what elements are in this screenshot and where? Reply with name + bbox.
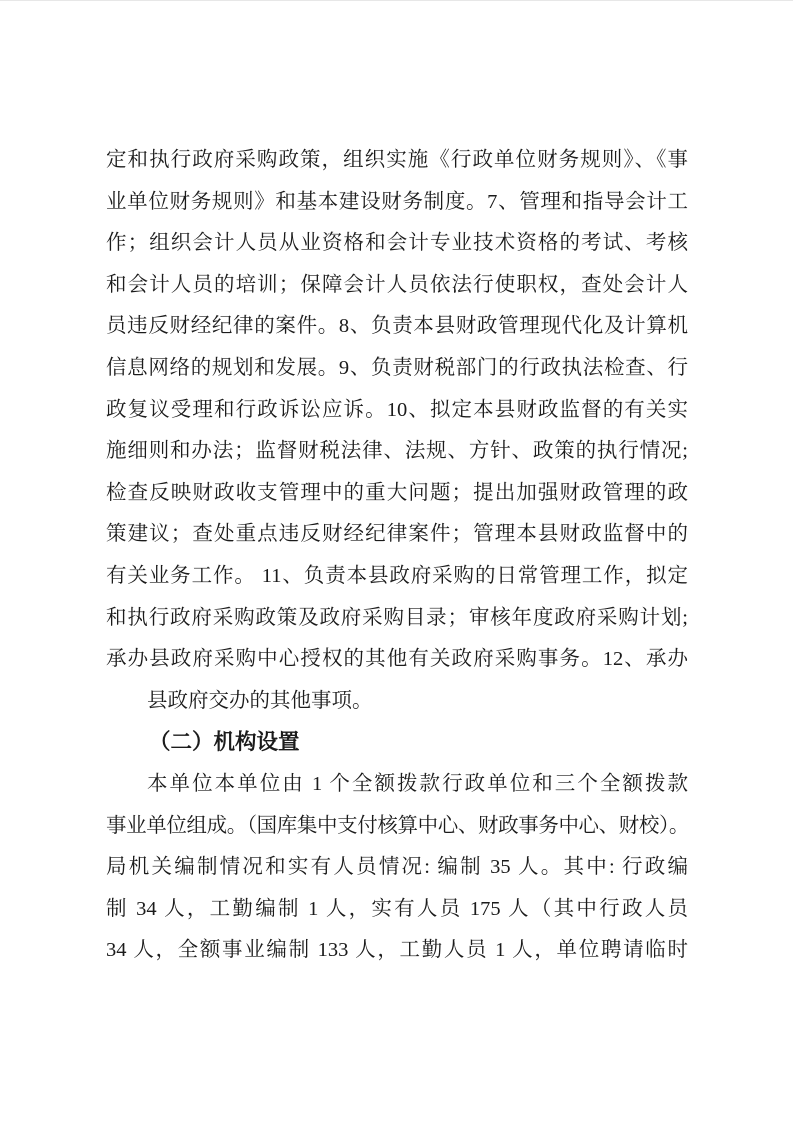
document-line: 和会计人员的培训；保障会计人员依法行使职权，查处会计人 bbox=[106, 265, 688, 307]
document-line: 承办县政府采购中心授权的其他有关政府采购事务。12、承办 bbox=[106, 639, 688, 681]
document-line: 34 人，全额事业编制 133 人，工勤人员 1 人，单位聘请临时 bbox=[106, 930, 688, 972]
document-line: 和执行政府采购政策及政府采购目录；审核年度政府采购计划; bbox=[106, 598, 688, 640]
document-line: 信息网络的规划和发展。9、负责财税部门的行政执法检查、行 bbox=[106, 348, 688, 390]
document-line: 作；组织会计人员从业资格和会计专业技术资格的考试、考核 bbox=[106, 223, 688, 265]
document-line: 县政府交办的其他事项。 bbox=[106, 681, 688, 723]
document-line: 制 34 人，工勤编制 1 人，实有人员 175 人（其中行政人员 bbox=[106, 889, 688, 931]
document-line: 定和执行政府采购政策，组织实施《行政单位财务规则》、《事 bbox=[106, 140, 688, 182]
document-line: 有关业务工作。 11、负责本县政府采购的日常管理工作，拟定 bbox=[106, 556, 688, 598]
document-line: 员违反财经纪律的案件。8、负责本县财政管理现代化及计算机 bbox=[106, 306, 688, 348]
document-line: 施细则和办法；监督财税法律、法规、方针、政策的执行情况; bbox=[106, 431, 688, 473]
document-line: 事业单位组成。（国库集中支付核算中心、财政事务中心、财校）。 bbox=[106, 806, 688, 848]
section-heading: （二）机构设置 bbox=[106, 722, 688, 764]
document-line: 局机关编制情况和实有人员情况: 编制 35 人。其中: 行政编 bbox=[106, 847, 688, 889]
document-line: 业单位财务规则》和基本建设财务制度。7、管理和指导会计工 bbox=[106, 182, 688, 224]
document-line: 本单位本单位由 1 个全额拨款行政单位和三个全额拨款 bbox=[106, 764, 688, 806]
page-top-edge bbox=[0, 0, 793, 1]
document-line: 检查反映财政收支管理中的重大问题；提出加强财政管理的政 bbox=[106, 473, 688, 515]
document-page: 定和执行政府采购政策，组织实施《行政单位财务规则》、《事 业单位财务规则》和基本… bbox=[0, 0, 793, 1122]
document-line: 政复议受理和行政诉讼应诉。10、拟定本县财政监督的有关实 bbox=[106, 390, 688, 432]
document-text-block: 定和执行政府采购政策，组织实施《行政单位财务规则》、《事 业单位财务规则》和基本… bbox=[106, 140, 688, 972]
document-line: 策建议；查处重点违反财经纪律案件；管理本县财政监督中的 bbox=[106, 514, 688, 556]
